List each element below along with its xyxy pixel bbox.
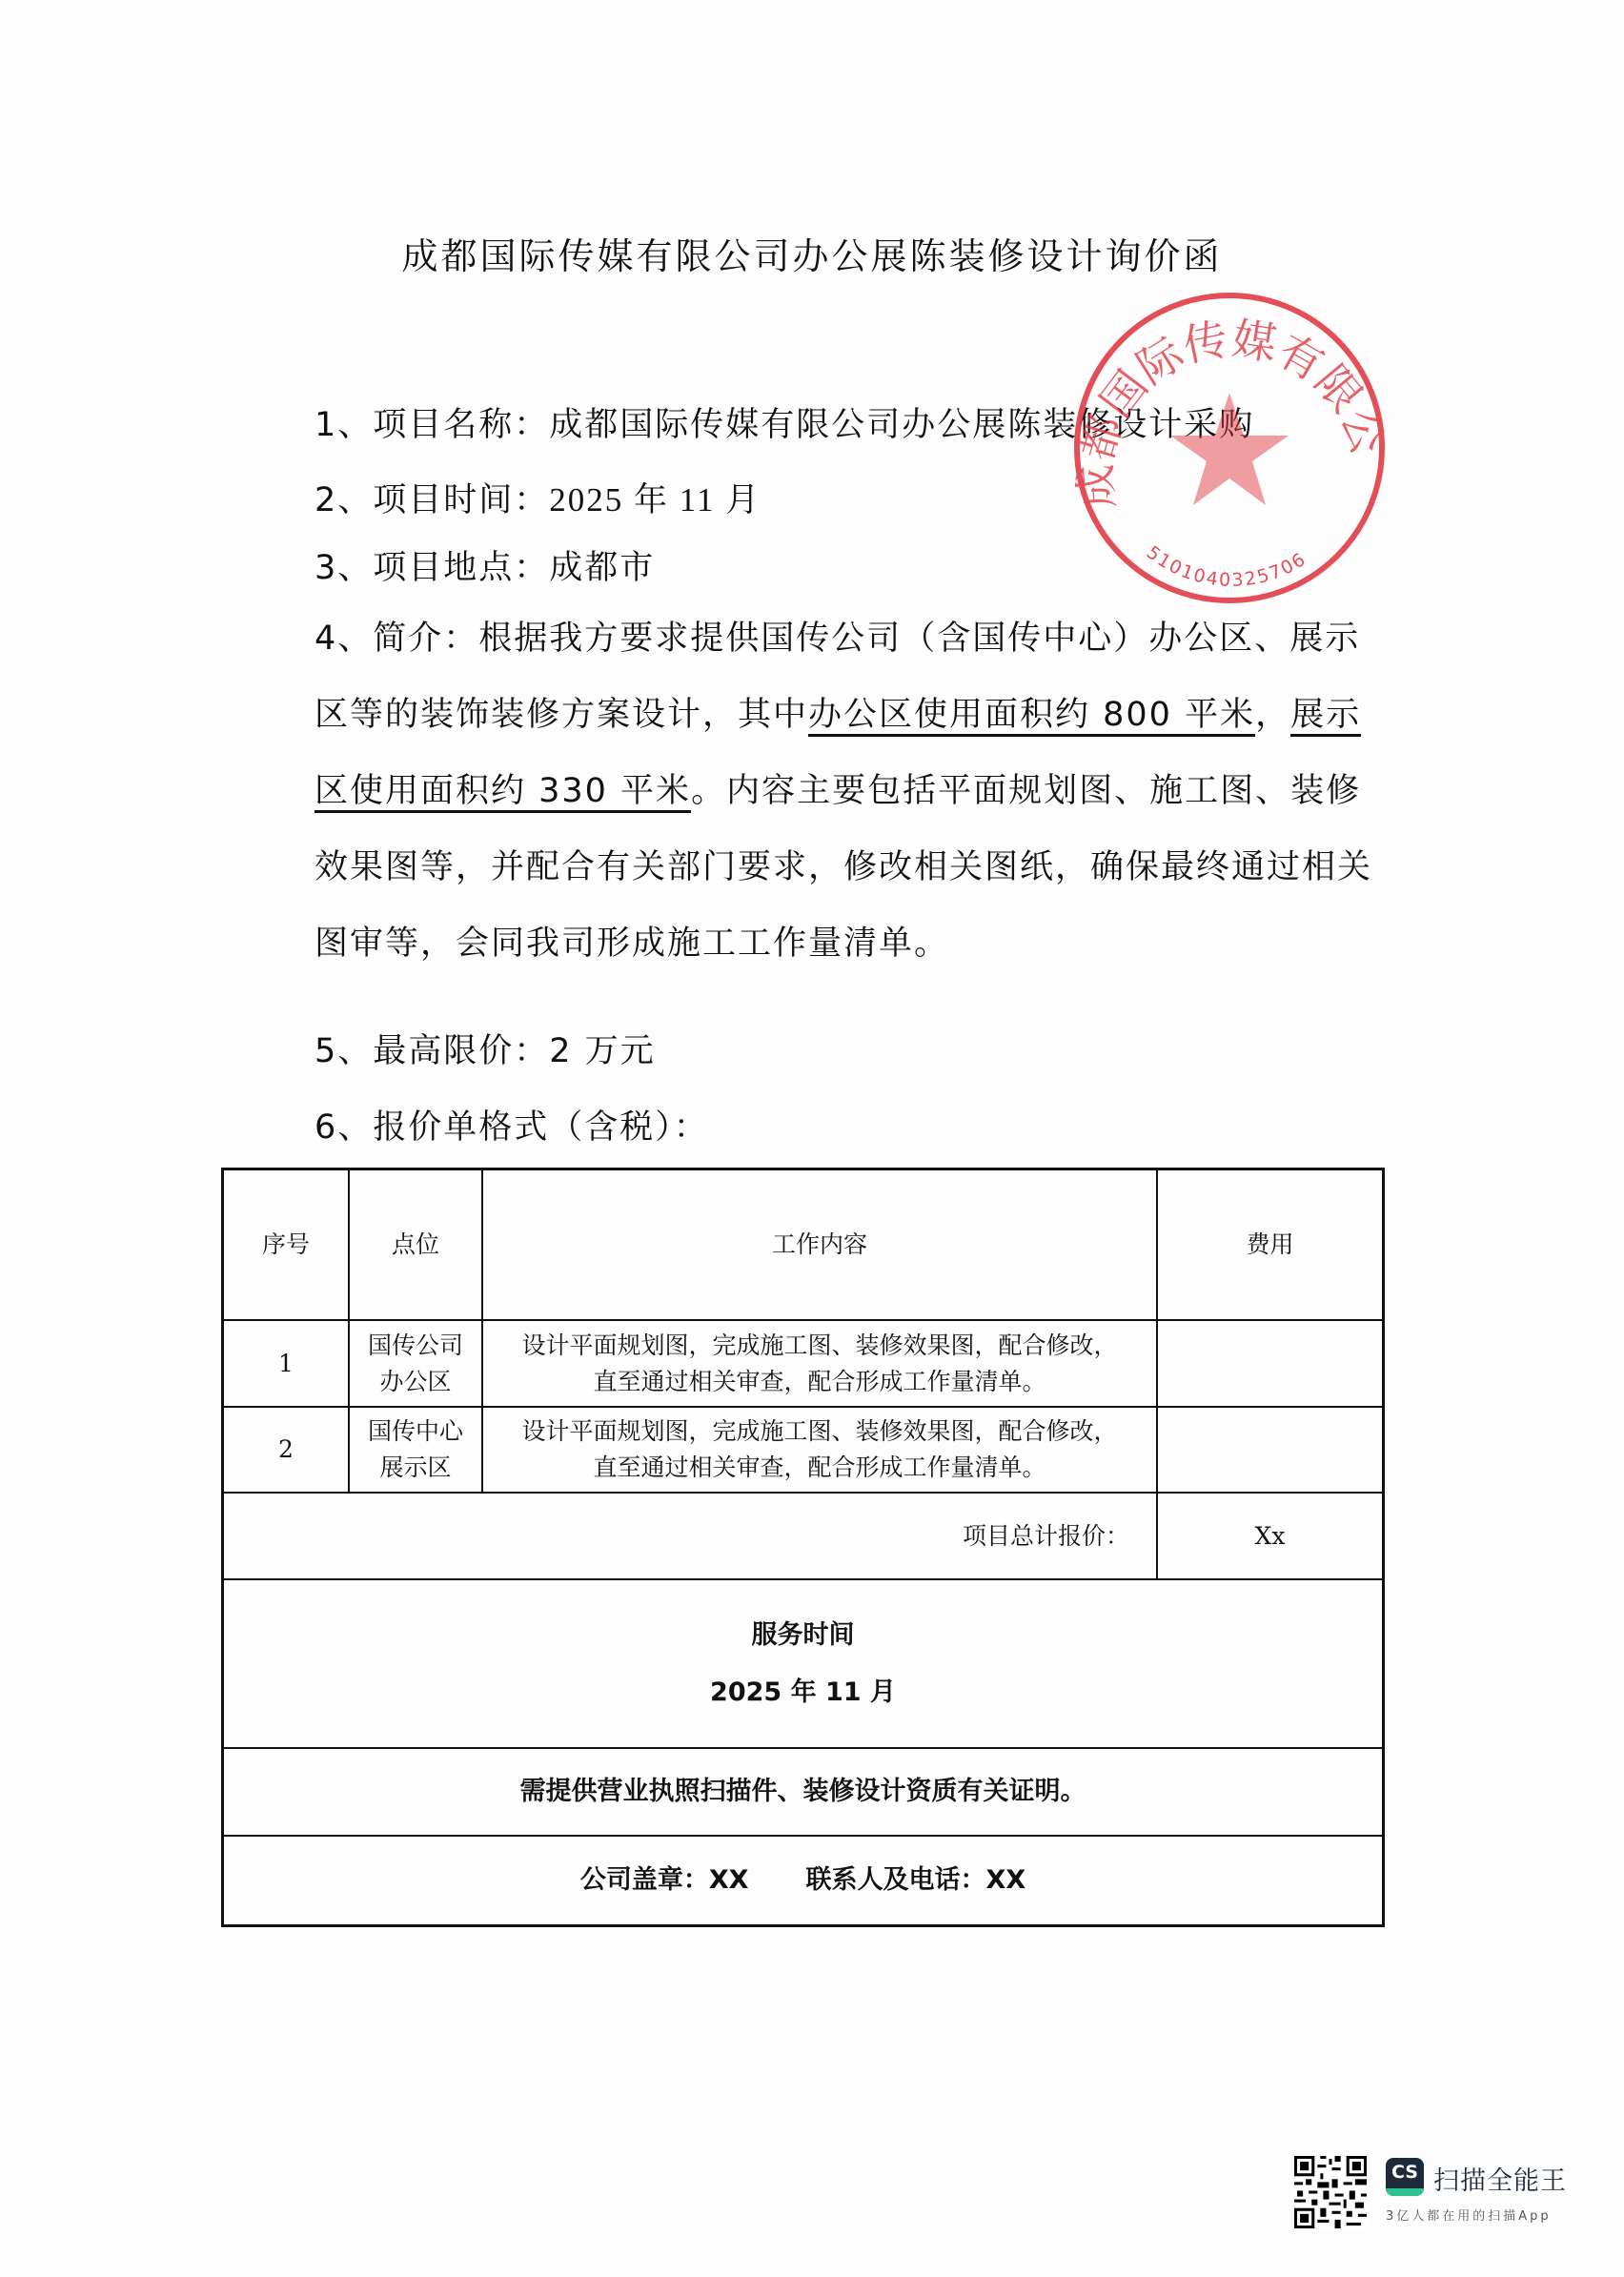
row-no: 2 <box>224 1408 350 1492</box>
stamp-code: 5101040325706 <box>1143 542 1310 591</box>
signature-row: 公司盖章：XX 联系人及电话：XX <box>224 1837 1382 1924</box>
content-line: 直至通过相关审查，配合形成工作量清单。 <box>593 1450 1045 1486</box>
header-no: 序号 <box>224 1170 350 1319</box>
requirement-row: 需提供营业执照扫描件、装修设计资质有关证明。 <box>224 1749 1382 1837</box>
item-intro: 4、简介：根据我方要求提供国传公司（含国传中心）办公区、展示区等的装饰装修方案设… <box>315 600 1382 982</box>
table-total-row: 项目总计报价： Xx <box>224 1494 1382 1580</box>
scanned-document-page: 成都国际传媒有限公司办公展陈装修设计询价函 1、项目名称：成都国际传媒有限公司办… <box>0 0 1624 2277</box>
item-label: 2、项目时间： <box>315 481 549 519</box>
table-row: 1 国传公司 办公区 设计平面规划图，完成施工图、装修效果图，配合修改， 直至通… <box>224 1321 1382 1408</box>
service-time-label: 服务时间 <box>752 1617 855 1654</box>
row-location: 国传中心 展示区 <box>350 1408 483 1492</box>
row-location: 国传公司 办公区 <box>350 1321 483 1406</box>
item-value: 2 万元 <box>549 1032 655 1070</box>
content-line: 直至通过相关审查，配合形成工作量清单。 <box>593 1364 1045 1400</box>
item-project-location: 3、项目地点：成都市 <box>315 541 655 589</box>
app-tagline: 3亿人都在用的扫描App <box>1386 2206 1552 2224</box>
intro-separator: ， <box>1255 696 1290 734</box>
item-label: 6、报价单格式（含税）： <box>315 1108 709 1147</box>
item-label: 3、项目地点： <box>315 549 549 587</box>
row-content: 设计平面规划图，完成施工图、装修效果图，配合修改， 直至通过相关审查，配合形成工… <box>483 1321 1158 1406</box>
item-label: 1、项目名称： <box>315 406 549 444</box>
company-seal-stamp-icon: 成都国际传媒有限公司 5101040325706 <box>1069 288 1390 608</box>
location-line: 展示区 <box>379 1450 451 1486</box>
office-area-underlined: 办公区使用面积约 800 平米 <box>808 696 1255 737</box>
header-content: 工作内容 <box>483 1170 1158 1319</box>
requirement-text: 需提供营业执照扫描件、装修设计资质有关证明。 <box>224 1749 1382 1835</box>
table-header-row: 序号 点位 工作内容 费用 <box>224 1170 1382 1321</box>
qr-code-icon <box>1294 2156 1367 2228</box>
table-row: 2 国传中心 展示区 设计平面规划图，完成施工图、装修效果图，配合修改， 直至通… <box>224 1408 1382 1494</box>
location-line: 国传中心 <box>368 1413 463 1450</box>
signature-cell: 公司盖章：XX 联系人及电话：XX <box>224 1837 1382 1924</box>
service-time-value: 2025 年 11 月 <box>710 1675 896 1711</box>
total-value[interactable]: Xx <box>1158 1494 1382 1578</box>
service-time-cell: 服务时间 2025 年 11 月 <box>224 1580 1382 1747</box>
row-fee[interactable] <box>1158 1321 1382 1406</box>
header-location: 点位 <box>350 1170 483 1319</box>
item-label: 5、最高限价： <box>315 1032 549 1070</box>
document-title: 成都国际传媒有限公司办公展陈装修设计询价函 <box>0 227 1624 279</box>
intro-label: 4、简介： <box>315 620 478 658</box>
row-no: 1 <box>224 1321 350 1406</box>
row-fee[interactable] <box>1158 1408 1382 1492</box>
logo-text: CS <box>1386 2162 1424 2183</box>
contact-field[interactable]: 联系人及电话：XX <box>806 1862 1026 1899</box>
service-time-row: 服务时间 2025 年 11 月 <box>224 1580 1382 1749</box>
item-max-price: 5、最高限价：2 万元 <box>315 1025 656 1072</box>
location-line: 办公区 <box>379 1364 451 1400</box>
item-project-name: 1、项目名称：成都国际传媒有限公司办公展陈装修设计采购 <box>315 398 1254 446</box>
item-value: 2025 年 11 月 <box>549 481 761 518</box>
camscanner-logo-icon: CS <box>1386 2158 1424 2196</box>
quote-table: 序号 点位 工作内容 费用 1 国传公司 办公区 设计平面规划图，完成施工图、装… <box>221 1168 1385 1927</box>
content-line: 设计平面规划图，完成施工图、装修效果图，配合修改， <box>521 1328 1117 1364</box>
location-line: 国传公司 <box>368 1328 463 1364</box>
app-name: 扫描全能王 <box>1433 2160 1567 2197</box>
item-value: 成都市 <box>549 549 655 587</box>
svg-text:5101040325706: 5101040325706 <box>1143 542 1310 591</box>
row-content: 设计平面规划图，完成施工图、装修效果图，配合修改， 直至通过相关审查，配合形成工… <box>483 1408 1158 1492</box>
header-fee: 费用 <box>1158 1170 1382 1319</box>
item-quote-format: 6、报价单格式（含税）： <box>315 1101 709 1149</box>
company-seal-field[interactable]: 公司盖章：XX <box>580 1862 749 1899</box>
camscanner-watermark: CS 扫描全能王 3亿人都在用的扫描App <box>1294 2156 1599 2232</box>
item-project-time: 2、项目时间：2025 年 11 月 <box>315 474 761 521</box>
content-line: 设计平面规划图，完成施工图、装修效果图，配合修改， <box>521 1413 1117 1450</box>
total-label: 项目总计报价： <box>224 1494 1158 1578</box>
item-value: 成都国际传媒有限公司办公展陈装修设计采购 <box>549 406 1254 444</box>
